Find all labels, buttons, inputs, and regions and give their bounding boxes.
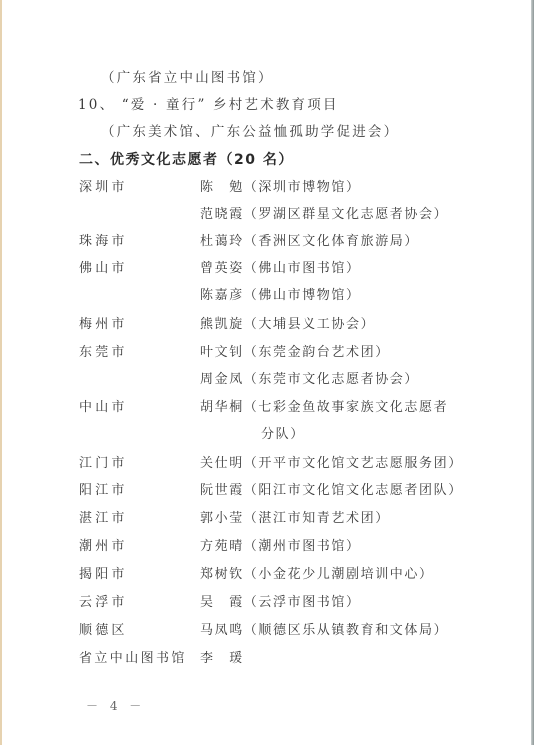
volunteer-city: 深圳市: [79, 179, 128, 197]
intro-line-1: （广东省立中山图书馆）: [101, 69, 274, 87]
volunteer-entry: 李 瑗: [200, 650, 244, 668]
volunteer-entry: 曾英姿（佛山市图书馆）: [200, 260, 361, 278]
volunteer-entry: 胡华桐（七彩金鱼故事家族文化志愿者: [200, 399, 448, 417]
volunteer-city: 云浮市: [79, 594, 128, 612]
section-heading: 二、优秀文化志愿者（20 名）: [79, 151, 294, 169]
intro-line-2-project-title: 10、 “爱 · 童行” 乡村艺术教育项目: [78, 96, 339, 114]
volunteer-entry: 陈嘉彦（佛山市博物馆）: [200, 287, 361, 305]
volunteer-entry: 方苑晴（潮州市图书馆）: [200, 538, 361, 556]
volunteer-entry: 杜蔼玲（香洲区文化体育旅游局）: [200, 233, 419, 251]
volunteer-entry: 陈 勉（深圳市博物馆）: [200, 179, 361, 197]
volunteer-city: 潮州市: [79, 538, 128, 556]
volunteer-city: 阳江市: [79, 482, 128, 500]
volunteer-city: 江门市: [79, 455, 128, 473]
volunteer-city: 湛江市: [79, 510, 128, 528]
volunteer-city: 东莞市: [79, 344, 128, 362]
volunteer-city: 顺德区: [79, 622, 128, 640]
volunteer-entry: 郭小莹（湛江市知青艺术团）: [200, 510, 390, 528]
volunteer-entry: 马凤鸣（顺德区乐从镇教育和文体局）: [200, 622, 448, 640]
volunteer-entry: 郑树钦（小金花少儿潮剧培训中心）: [200, 566, 434, 584]
volunteer-city: 省立中山图书馆: [79, 650, 187, 668]
volunteer-entry-continuation: 分队）: [261, 426, 305, 444]
page-number: － 4 －: [86, 697, 145, 714]
volunteer-city: 中山市: [79, 399, 128, 417]
volunteer-entry: 范晓霞（罗湖区群星文化志愿者协会）: [200, 206, 448, 224]
volunteer-entry: 周金凤（东莞市文化志愿者协会）: [200, 371, 419, 389]
volunteer-entry: 熊凯旋（大埔县义工协会）: [200, 316, 375, 334]
volunteer-city: 揭阳市: [79, 566, 128, 584]
volunteer-entry: 吴 霞（云浮市图书馆）: [200, 594, 361, 612]
volunteer-city: 佛山市: [79, 260, 128, 278]
volunteer-entry: 关仕明（开平市文化馆文艺志愿服务团）: [200, 455, 463, 473]
scan-edge-left: [0, 0, 2, 745]
intro-line-3-organizers: （广东美术馆、广东公益恤孤助学促进会）: [101, 123, 399, 141]
volunteer-city: 梅州市: [79, 316, 128, 334]
volunteer-city: 珠海市: [79, 233, 128, 251]
volunteer-entry: 阮世霞（阳江市文化馆文化志愿者团队）: [200, 482, 463, 500]
volunteer-entry: 叶文钊（东莞金韵台艺术团）: [200, 344, 390, 362]
